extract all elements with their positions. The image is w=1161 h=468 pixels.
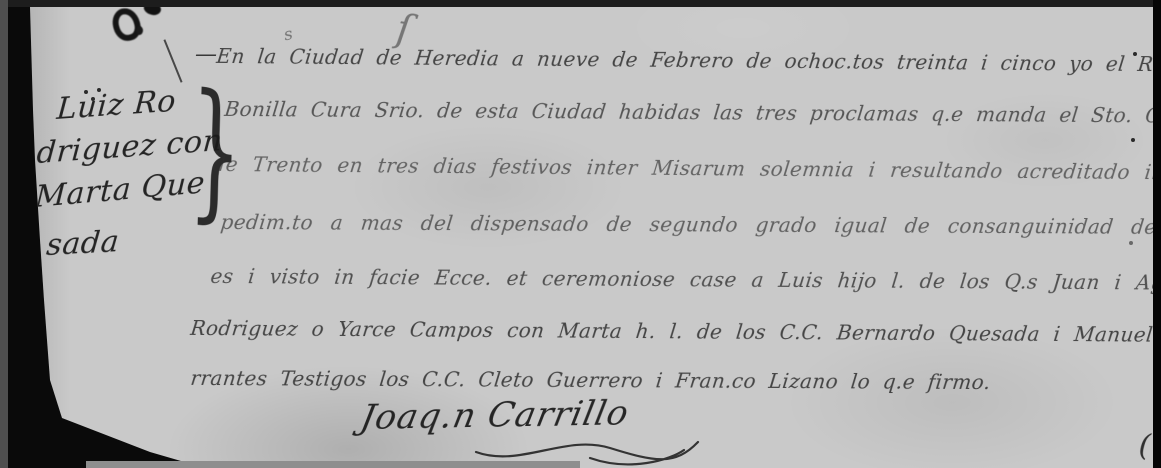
- document-page: Luiz Ro driguez con Marta Que sada } ſ s…: [0, 0, 1161, 468]
- margin-note-line: Luiz Ro: [56, 84, 178, 127]
- ink-blot-small: [136, 26, 143, 35]
- stray-pen-stroke: [163, 39, 182, 82]
- record-start-dash: —: [195, 42, 217, 67]
- scan-edge-strip-top: [0, 0, 1161, 7]
- ink-speck: [1129, 241, 1133, 245]
- ink-speck: [91, 97, 95, 101]
- ink-blot-ring: [109, 5, 144, 44]
- ink-speck: [97, 88, 101, 92]
- record-text-line: En la Ciudad de Heredia a nueve de Febre…: [215, 44, 1161, 77]
- scan-edge-strip-right: [1153, 0, 1161, 468]
- record-text-line: de Trento en tres dias festivos inter Mi…: [211, 152, 1161, 184]
- scan-artifact-strip: [86, 461, 580, 468]
- record-text-line: Rodriguez o Yarce Campos con Marta h. l.…: [189, 316, 1161, 347]
- stray-letter-mark: s: [282, 24, 295, 45]
- margin-note-line: Marta Que: [34, 165, 206, 215]
- record-text-line: es i visto in facie Ecce. et ceremoniose…: [209, 264, 1161, 295]
- corner-parenthesis-mark: (: [1138, 428, 1152, 464]
- record-text-line: pedim.to a mas del dispensado de segundo…: [219, 210, 1161, 239]
- margin-note-line: sada: [45, 224, 121, 263]
- ink-speck: [84, 90, 88, 94]
- ink-speck: [1131, 138, 1135, 142]
- record-text-line: Bonilla Cura Srio. de esta Ciudad habida…: [223, 97, 1161, 128]
- scan-edge-strip-left: [0, 0, 8, 468]
- scan-viewport: Luiz Ro driguez con Marta Que sada } ſ s…: [0, 0, 1161, 468]
- record-text-line: rrantes Testigos los C.C. Cleto Guerrero…: [189, 366, 992, 394]
- ink-speck: [1133, 52, 1137, 56]
